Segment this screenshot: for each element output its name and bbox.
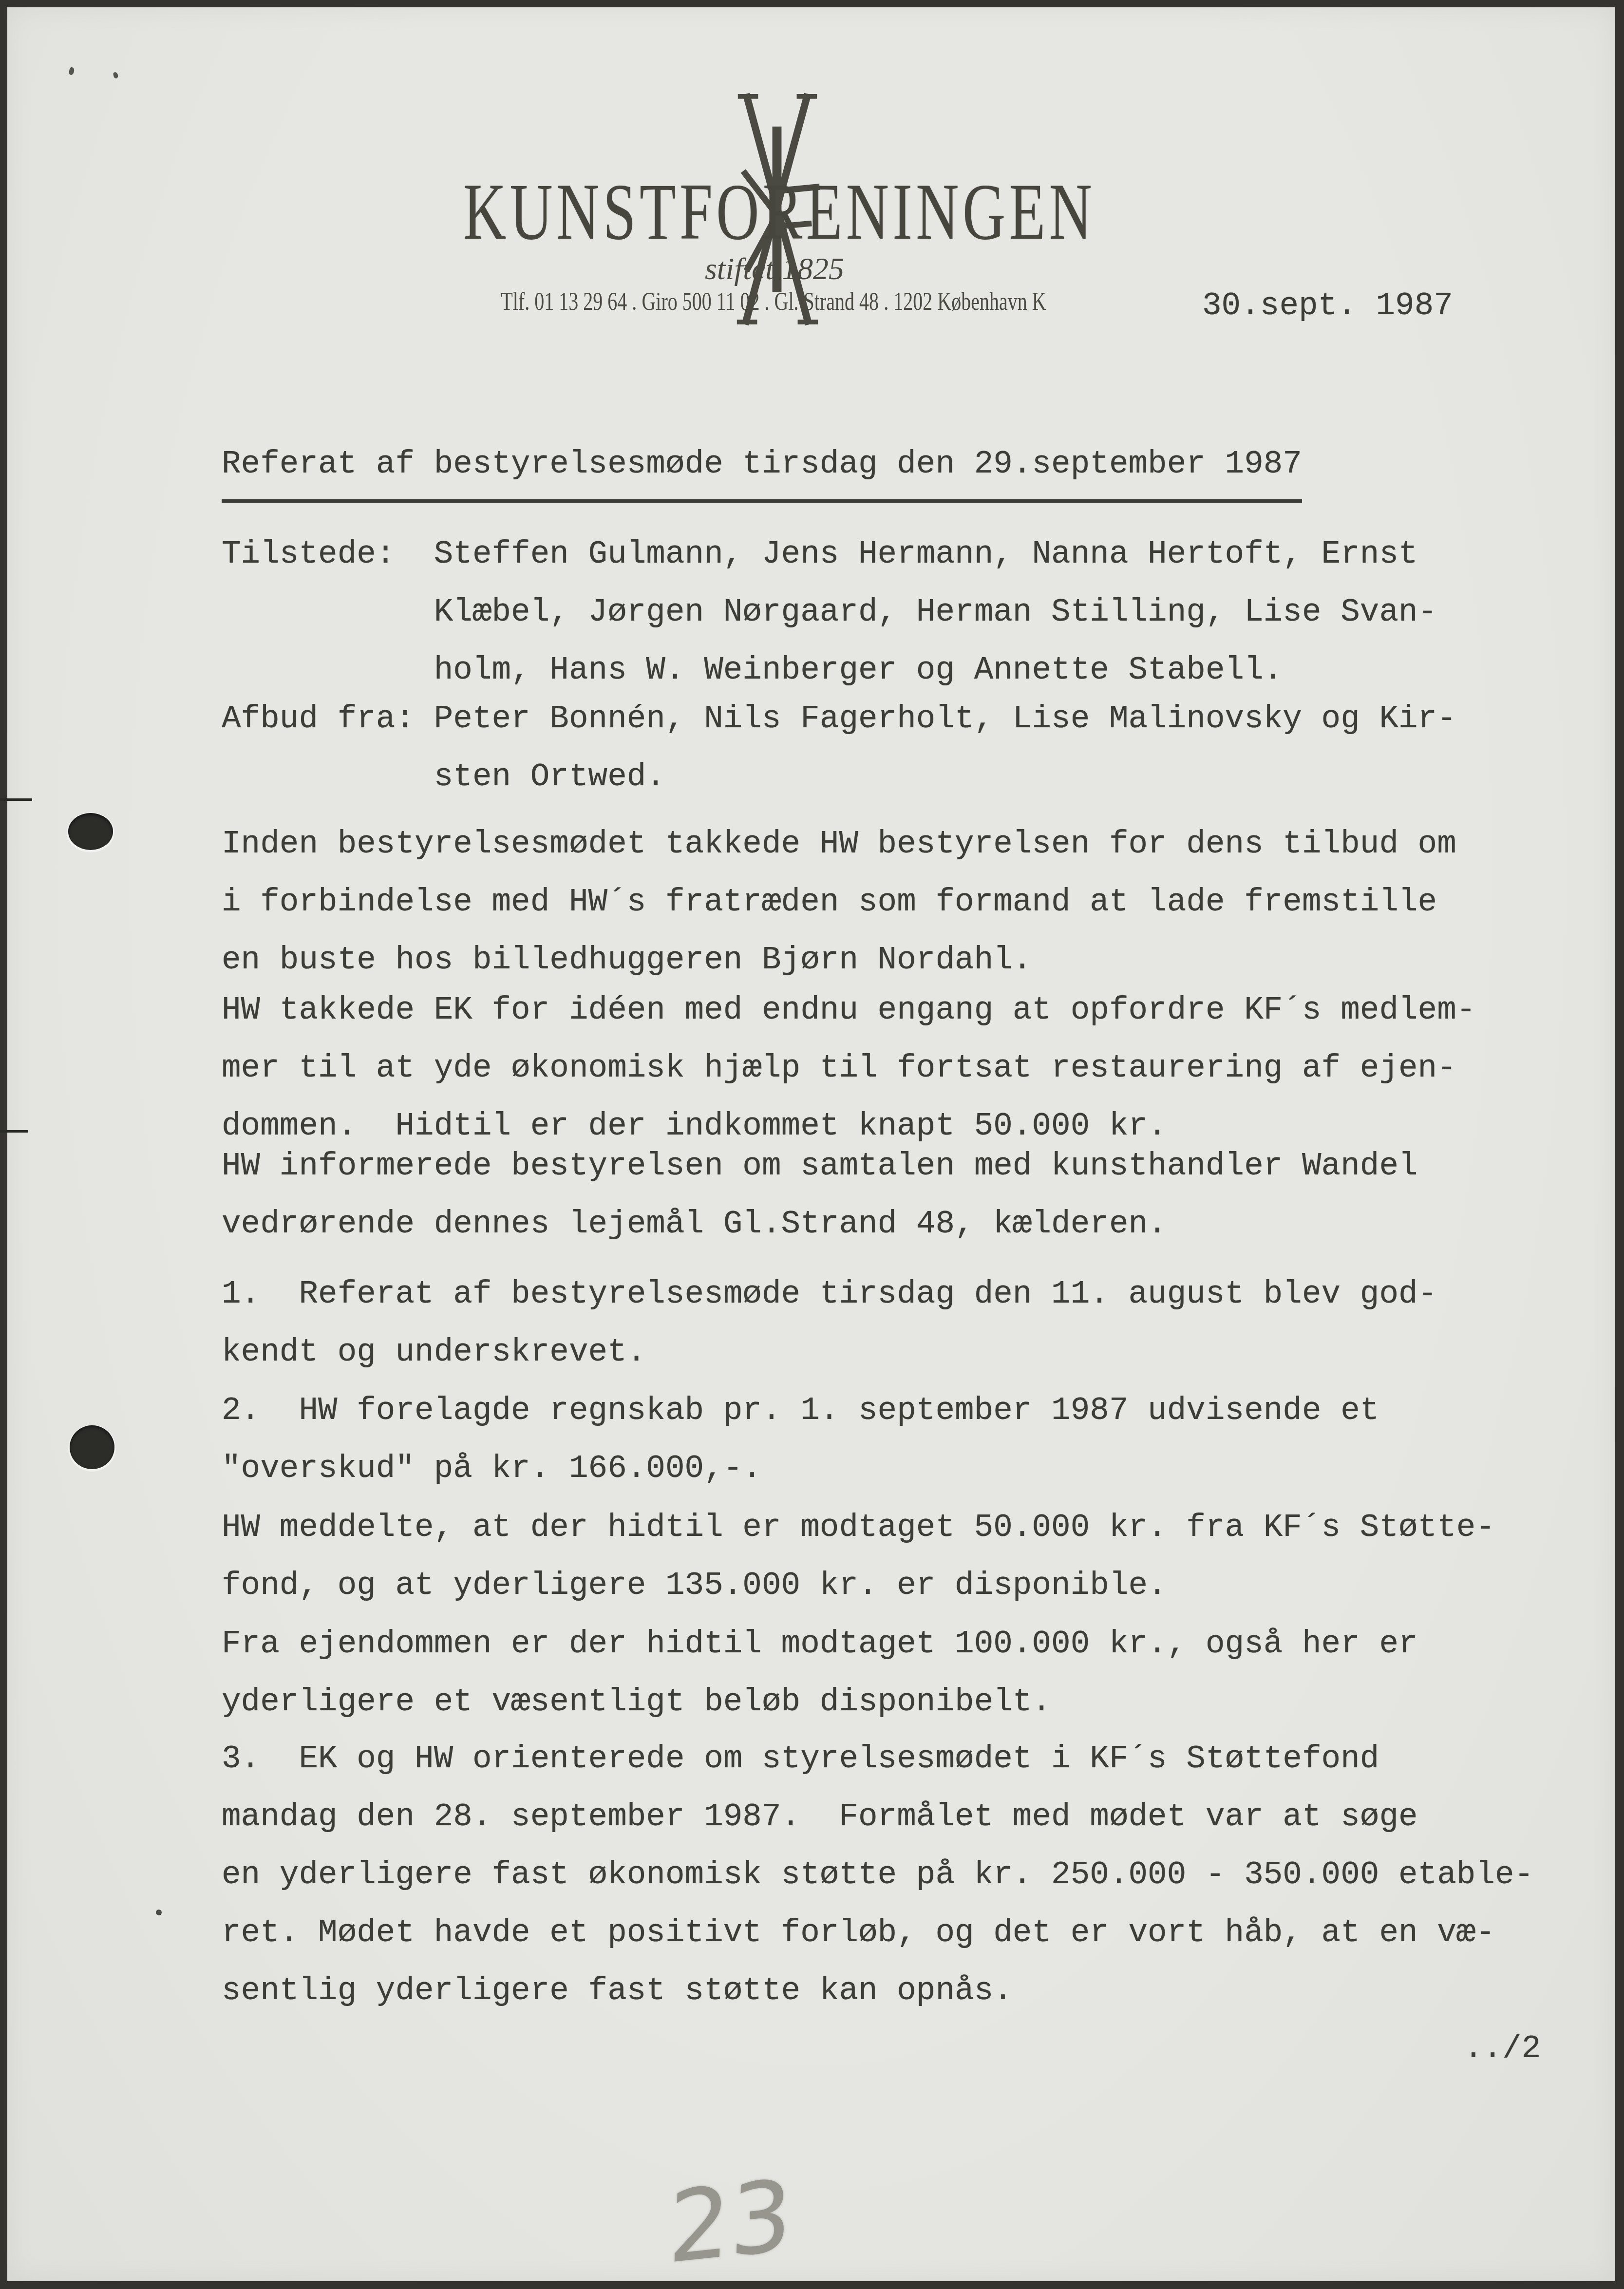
document-title: Referat af bestyrelsesmøde tirsdag den 2… [222, 435, 1302, 503]
punch-hole-top [68, 813, 113, 850]
scanned-document-page: { "colors": { "paper": "#e6e6e2", "typew… [0, 0, 1624, 2289]
paragraph-bust-tribute: Inden bestyrelsesmødet takkede HW bestyr… [222, 815, 1456, 989]
document-title-text: Referat af bestyrelsesmøde tirsdag den 2… [222, 435, 1302, 503]
document-date: 30.sept. 1987 [1202, 277, 1453, 335]
handwritten-page-number: 23 [667, 2167, 793, 2278]
scan-speck [156, 1910, 162, 1915]
left-edge-mark-bottom [0, 1130, 28, 1133]
attendance-present-paragraph: Tilstede: Steffen Gulmann, Jens Hermann,… [222, 525, 1437, 699]
contact-info-line: Tlf. 01 13 29 64 . Giro 500 11 02 . Gl. … [501, 289, 1046, 315]
founded-year-line: stiftet 1825 [705, 253, 844, 284]
agenda-item-3: 3. EK og HW orienterede om styrelsesmøde… [222, 1730, 1533, 2020]
paragraph-member-support: HW takkede EK for idéen med endnu engang… [222, 981, 1475, 1155]
paragraph-property-amounts: Fra ejendommen er der hidtil modtaget 10… [222, 1615, 1418, 1731]
paragraph-wandel-lease: HW informerede bestyrelsen om samtalen m… [222, 1137, 1418, 1253]
page-continuation-ref: ../2 [1464, 2020, 1541, 2078]
agenda-item-2: 2. HW forelagde regnskab pr. 1. septembe… [222, 1381, 1379, 1497]
agenda-item-1: 1. Referat af bestyrelsesmøde tirsdag de… [222, 1265, 1437, 1381]
organization-name: KUNSTFORENINGEN [463, 171, 1095, 252]
attendance-absent-paragraph: Afbud fra: Peter Bonnén, Nils Fagerholt,… [222, 690, 1456, 806]
punch-hole-bottom [70, 1425, 114, 1469]
paragraph-support-fund-amounts: HW meddelte, at der hidtil er modtaget 5… [222, 1498, 1495, 1614]
left-edge-mark-top [0, 798, 32, 801]
